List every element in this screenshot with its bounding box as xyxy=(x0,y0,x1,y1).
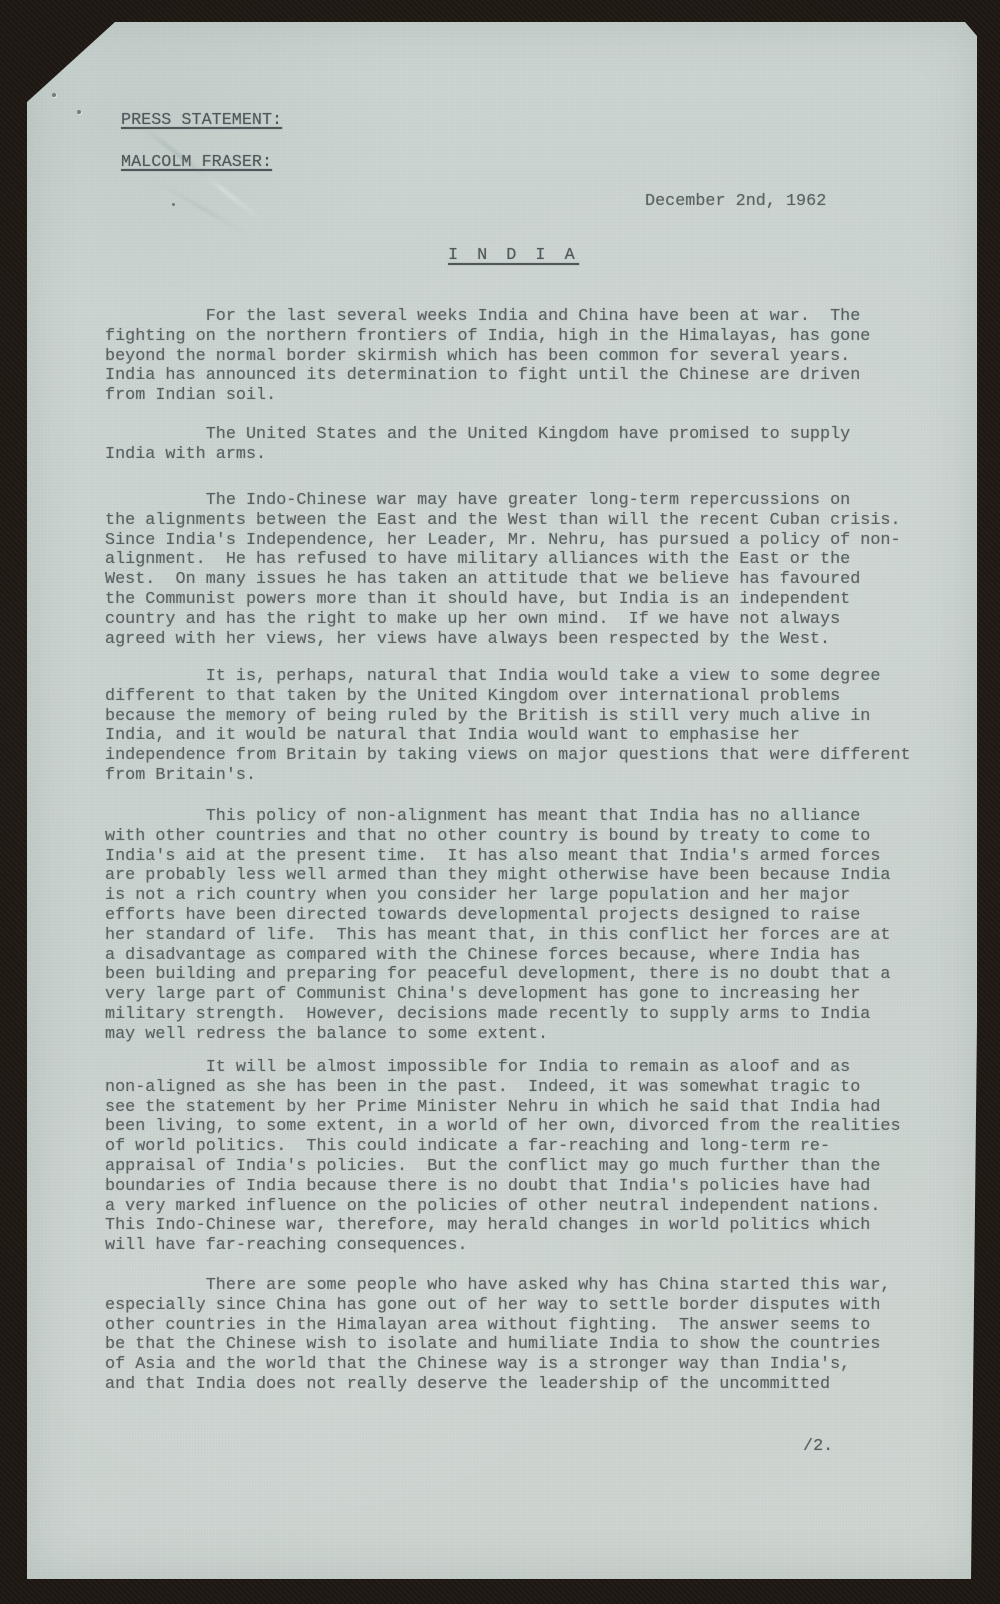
paragraph-india-view: It is, perhaps, natural that India would… xyxy=(105,667,911,786)
paragraph-war-announcement: For the last several weeks India and Chi… xyxy=(105,307,870,406)
paragraph-reappraisal: It will be almost impossible for India t… xyxy=(105,1058,901,1256)
pin-hole-mark xyxy=(77,110,81,114)
stray-ink-dot xyxy=(172,203,175,206)
paragraph-non-alignment-policy: This policy of non-alignment has meant t… xyxy=(105,807,891,1045)
press-statement-label: PRESS STATEMENT: xyxy=(121,111,282,131)
paragraph-repercussions: The Indo-Chinese war may have greater lo… xyxy=(105,491,901,649)
document-title: I N D I A xyxy=(448,246,579,266)
paragraph-arms-supply: The United States and the United Kingdom… xyxy=(105,425,850,465)
paragraph-why-china-started: There are some people who have asked why… xyxy=(105,1276,891,1395)
page-number: /2. xyxy=(803,1437,833,1457)
author-label: MALCOLM FRASER: xyxy=(121,153,272,173)
date-line: December 2nd, 1962 xyxy=(645,192,826,212)
document-page: PRESS STATEMENT: MALCOLM FRASER: Decembe… xyxy=(27,22,977,1579)
paper-crease xyxy=(154,180,250,237)
pin-hole-mark xyxy=(52,93,56,97)
